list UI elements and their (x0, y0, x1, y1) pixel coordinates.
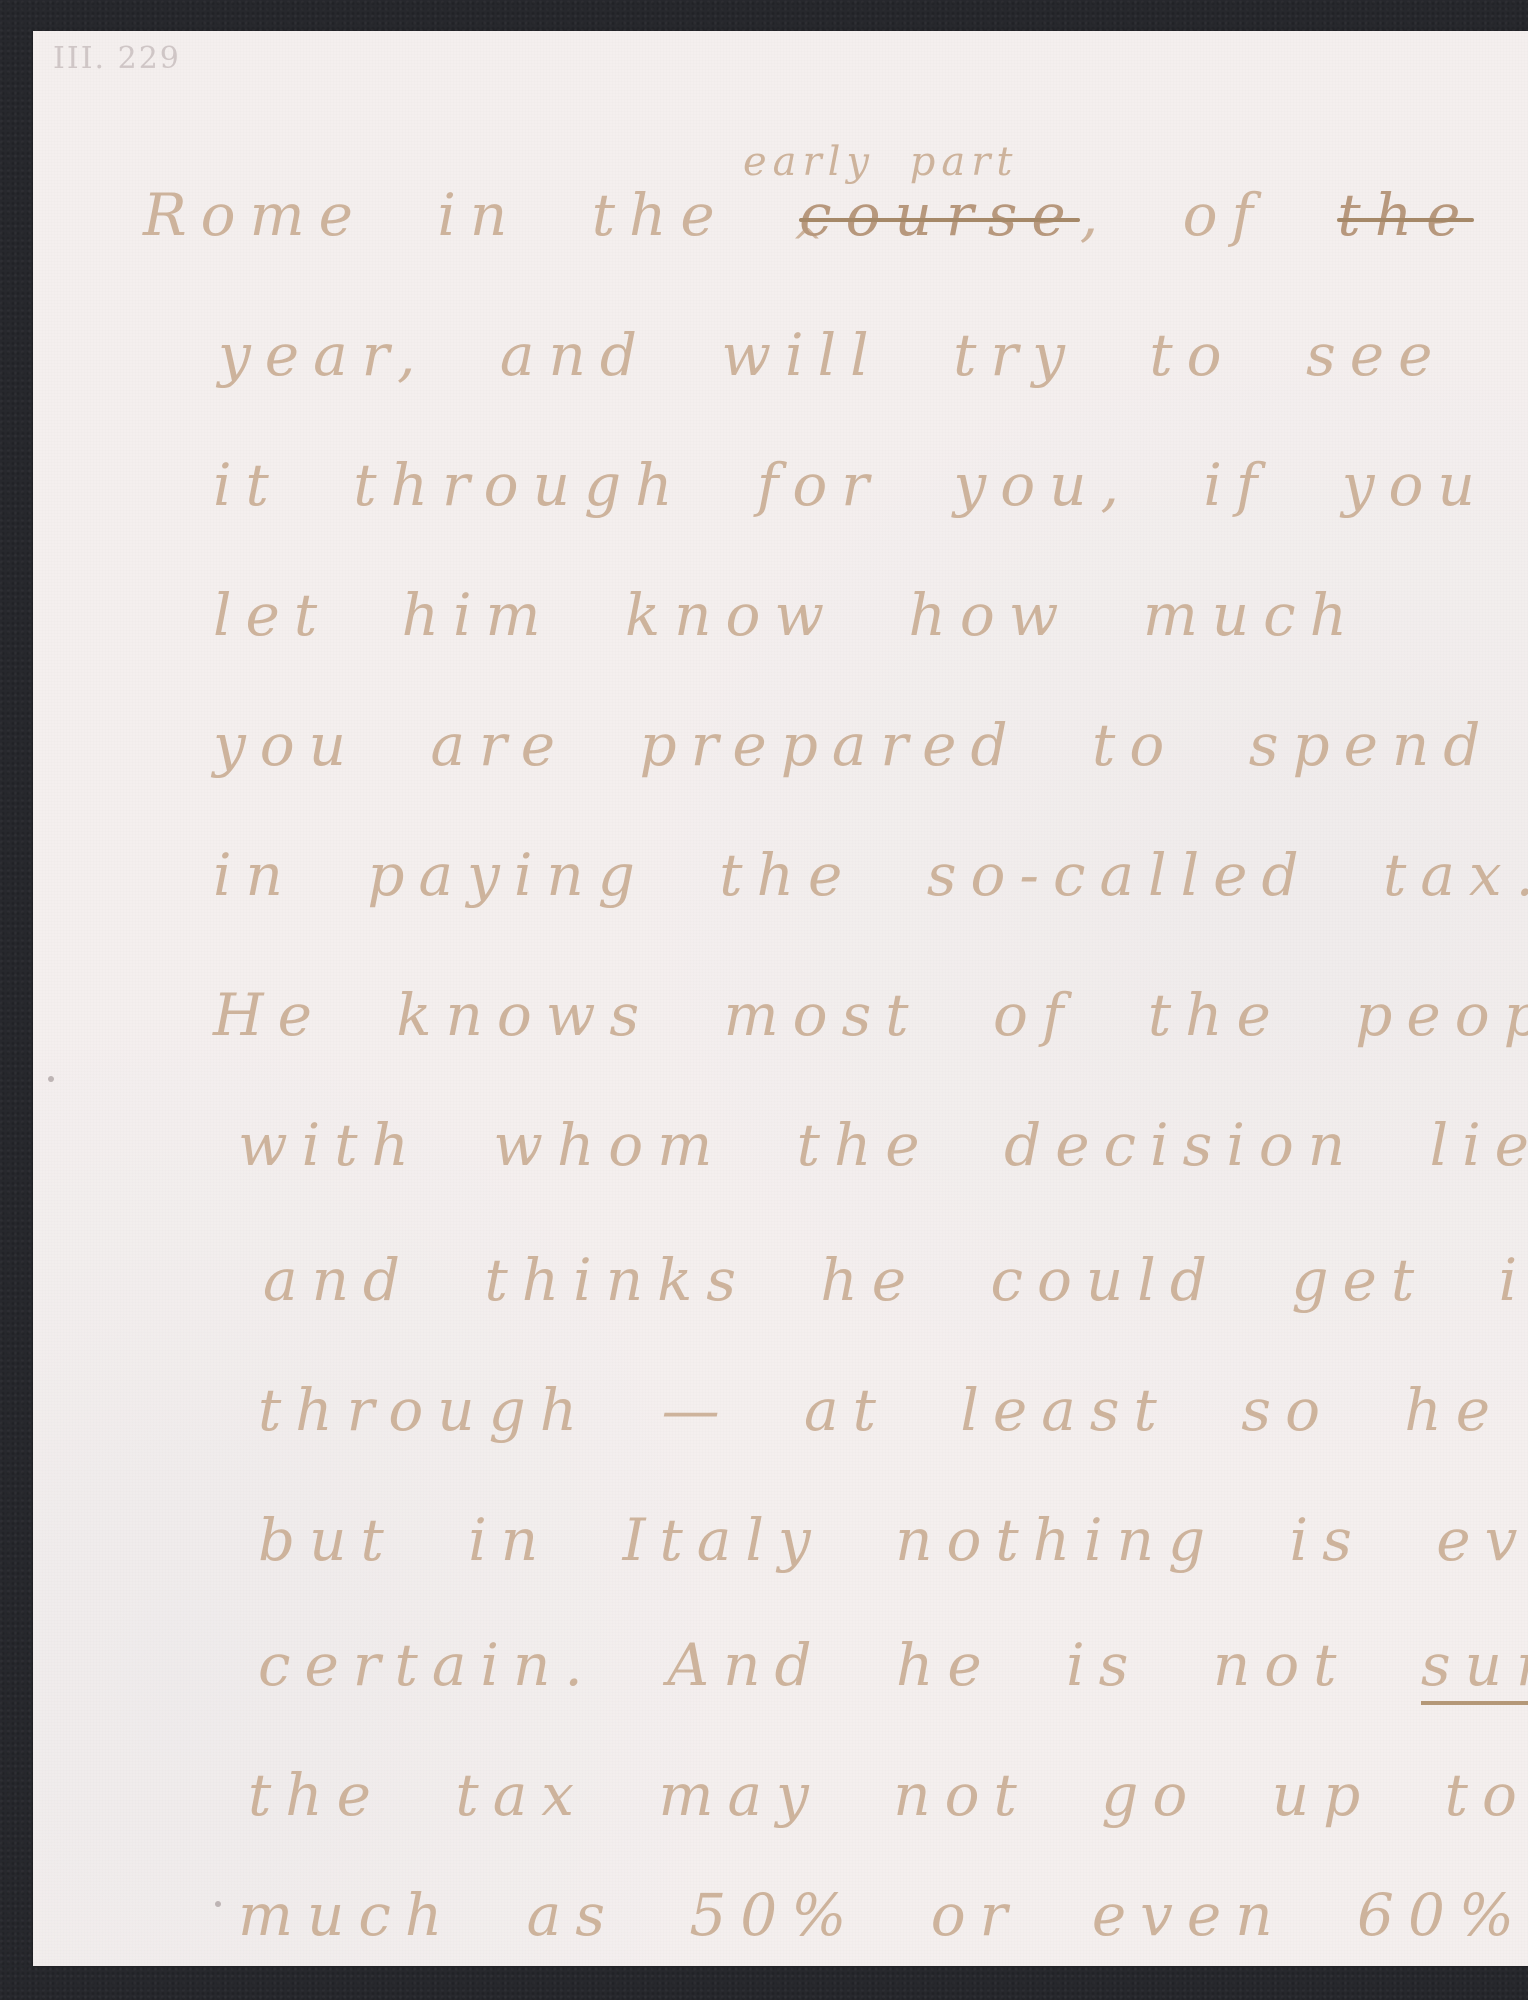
letter-line-9: and thinks he could get it (263, 1246, 1528, 1314)
letter-line-4: let him know how much (213, 581, 1361, 649)
letter-line-3: it through for you, if you will (213, 451, 1528, 519)
letter-page: III. 229 early part ^ Rome in the course… (33, 31, 1528, 1966)
paper-speck (215, 1901, 221, 1907)
inserted-text-early-part: early part (743, 139, 1018, 185)
letter-line-8: with whom the decision lies, (238, 1111, 1528, 1179)
letter-line-14: much as 50% or even 60%. (238, 1881, 1528, 1949)
letter-line-7: He knows most of the people (213, 981, 1528, 1049)
archive-folio-mark: III. 229 (53, 41, 181, 76)
letter-line-12: certain. And he is not sure that (258, 1631, 1528, 1705)
letter-line-6: in paying the so-called tax. (213, 841, 1528, 909)
letter-line-10: through — at least so he hopes, (258, 1376, 1528, 1450)
line-12-text-a: certain. And he is not (258, 1631, 1350, 1699)
line-1-text-b: , of (1080, 181, 1267, 249)
letter-line-13: the tax may not go up to as (248, 1761, 1528, 1829)
struck-word-course: course (799, 181, 1080, 249)
paper-speck (48, 1076, 54, 1082)
underlined-word-sure: sure (1421, 1631, 1528, 1705)
letter-line-2: year, and will try to see (218, 321, 1446, 389)
line-10-text-a: through — at least so he (258, 1376, 1504, 1444)
letter-line-5: you are prepared to spend (213, 711, 1494, 779)
letter-line-1: Rome in the course, of the next (143, 181, 1528, 249)
letter-line-11: but in Italy nothing is ever (258, 1506, 1528, 1574)
line-1-text-a: Rome in the (143, 181, 729, 249)
struck-word-the: the (1337, 181, 1474, 249)
